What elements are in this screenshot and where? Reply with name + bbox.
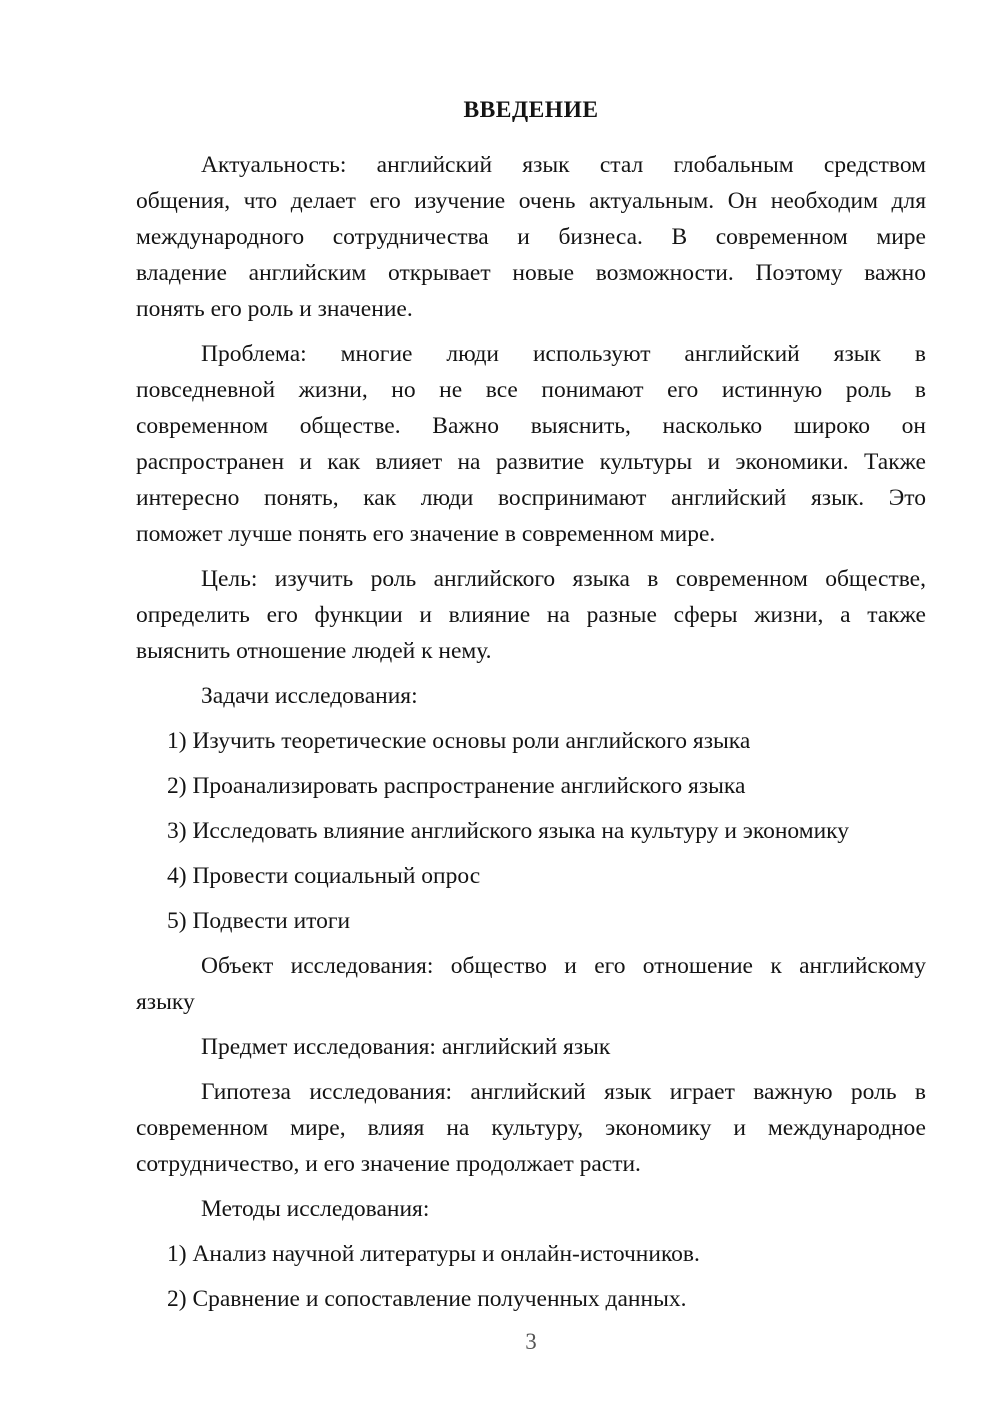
paragraph-line: поможет лучше понять его значение в совр… (136, 516, 926, 552)
paragraph: Цель: изучить роль английского языка в с… (136, 561, 926, 669)
paragraph: Предмет исследования: английский язык (136, 1029, 926, 1065)
paragraph-line: выяснить отношение людей к нему. (136, 633, 926, 669)
paragraph-line: Актуальность: английский язык стал глоба… (136, 147, 926, 183)
list-item: 3) Исследовать влияние английского языка… (136, 813, 926, 849)
paragraph-line: общения, что делает его изучение очень а… (136, 183, 926, 219)
list-item: 1) Анализ научной литературы и онлайн-ис… (136, 1236, 926, 1272)
list-item: 1) Изучить теоретические основы роли анг… (136, 723, 926, 759)
paragraph-line: Задачи исследования: (136, 678, 926, 714)
paragraph-line: распространен и как влияет на развитие к… (136, 444, 926, 480)
paragraph-line: международного сотрудничества и бизнеса.… (136, 219, 926, 255)
paragraph-line: интересно понять, как люди воспринимают … (136, 480, 926, 516)
paragraph-line: повседневной жизни, но не все понимают е… (136, 372, 926, 408)
document-page: ВВЕДЕНИЕ Актуальность: английский язык с… (0, 0, 1000, 1414)
document-body: ВВЕДЕНИЕ Актуальность: английский язык с… (136, 92, 926, 1326)
page-title: ВВЕДЕНИЕ (136, 92, 926, 128)
paragraph-line: понять его роль и значение. (136, 291, 926, 327)
paragraph: Гипотеза исследования: английский язык и… (136, 1074, 926, 1182)
paragraph-line: определить его функции и влияние на разн… (136, 597, 926, 633)
list-item: 5) Подвести итоги (136, 903, 926, 939)
list-item: 2) Проанализировать распространение англ… (136, 768, 926, 804)
paragraph: Проблема: многие люди используют английс… (136, 336, 926, 552)
paragraph-line: владение английским открывает новые возм… (136, 255, 926, 291)
paragraph-line: Цель: изучить роль английского языка в с… (136, 561, 926, 597)
paragraph: Объект исследования: общество и его отно… (136, 948, 926, 1020)
paragraph: Актуальность: английский язык стал глоба… (136, 147, 926, 327)
paragraph-line: Гипотеза исследования: английский язык и… (136, 1074, 926, 1110)
paragraph-line: Предмет исследования: английский язык (136, 1029, 926, 1065)
list-item: 4) Провести социальный опрос (136, 858, 926, 894)
list-item: 2) Сравнение и сопоставление полученных … (136, 1281, 926, 1317)
paragraph-container: Актуальность: английский язык стал глоба… (136, 147, 926, 1317)
paragraph: Методы исследования: (136, 1191, 926, 1227)
paragraph-line: Объект исследования: общество и его отно… (136, 948, 926, 984)
paragraph-line: современном обществе. Важно выяснить, на… (136, 408, 926, 444)
paragraph-line: сотрудничество, и его значение продолжае… (136, 1146, 926, 1182)
paragraph: Задачи исследования: (136, 678, 926, 714)
paragraph-line: современном мире, влияя на культуру, эко… (136, 1110, 926, 1146)
page-number: 3 (136, 1324, 926, 1360)
paragraph-line: языку (136, 984, 926, 1020)
paragraph-line: Методы исследования: (136, 1191, 926, 1227)
paragraph-line: Проблема: многие люди используют английс… (136, 336, 926, 372)
